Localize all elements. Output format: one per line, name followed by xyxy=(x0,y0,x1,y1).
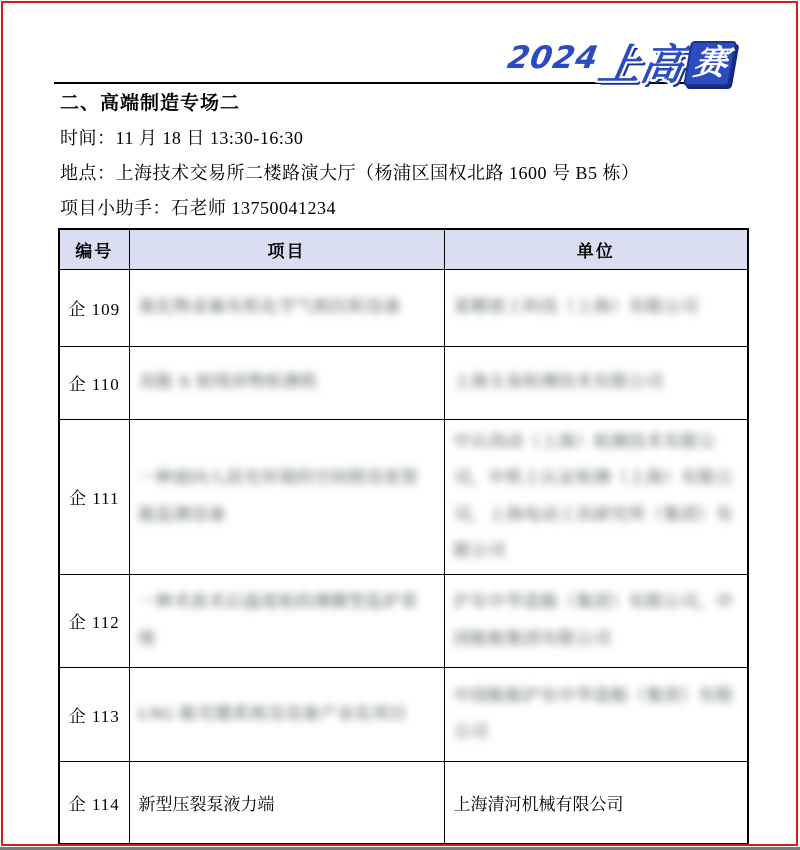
table-header-row: 编号 项目 单位 xyxy=(59,229,748,269)
column-header-unit: 单位 xyxy=(444,229,748,269)
logo-year-text: 2024 xyxy=(503,43,601,86)
row-id-cell: 企 110 xyxy=(59,346,129,419)
blurred-unit-text: 某精密工科技（上海）有限公司 xyxy=(454,289,699,326)
table-row: 企 111 一种面向人居光环境的空间照亮度智能监测设备 中认尚动（上海）检测技术… xyxy=(59,419,748,574)
blurred-unit-text: 中国船舶沪东中华造船（集团）有限公司 xyxy=(454,678,739,751)
section-heading: 二、高端制造专场二 xyxy=(60,88,240,115)
shanggaosai-logo: 2024 上高 赛 xyxy=(503,30,739,86)
unit-cell: 上海太易检测技术有限公司 xyxy=(444,346,748,419)
project-cell: 氮化物金属有机化学气相沉积设备 xyxy=(129,269,444,346)
logo-badge-text: 赛 xyxy=(683,41,737,86)
table-row: 企 109 氮化物金属有机化学气相沉积设备 某精密工科技（上海）有限公司 xyxy=(59,269,748,346)
blurred-unit-text: 上海太易检测技术有限公司 xyxy=(454,364,664,401)
table-row: 企 110 双能 X 射线异物检测机 上海太易检测技术有限公司 xyxy=(59,346,748,419)
blurred-unit-text: 中认尚动（上海）检测技术有限公司，中机上认证检测（上海）有限公司，上海电动工具研… xyxy=(454,424,739,570)
unit-cell: 沪东中华造船（集团）有限公司，中国船舶集团有限公司 xyxy=(444,574,748,667)
unit-cell: 中认尚动（上海）检测技术有限公司，中机上认证检测（上海）有限公司，上海电动工具研… xyxy=(444,419,748,574)
column-header-id: 编号 xyxy=(59,229,129,269)
blurred-project-text: 一种术前术后温度贴的薄膜型监护系统 xyxy=(139,584,435,657)
project-cell: 双能 X 射线异物检测机 xyxy=(129,346,444,419)
project-cell: 一种术前术后温度贴的薄膜型监护系统 xyxy=(129,574,444,667)
time-line: 时间：11 月 18 日 13:30-16:30 xyxy=(60,124,303,150)
blurred-unit-text: 沪东中华造船（集团）有限公司，中国船舶集团有限公司 xyxy=(454,584,739,657)
blurred-project-text: LNG 船光键系统及设备产业化项目 xyxy=(139,696,408,733)
column-header-project: 项目 xyxy=(129,229,444,269)
row-id-cell: 企 114 xyxy=(59,761,129,844)
unit-cell: 中国船舶沪东中华造船（集团）有限公司 xyxy=(444,667,748,761)
row-id-cell: 企 111 xyxy=(59,419,129,574)
table-row: 企 113 LNG 船光键系统及设备产业化项目 中国船舶沪东中华造船（集团）有限… xyxy=(59,667,748,761)
unit-cell: 上海清河机械有限公司 xyxy=(444,761,748,844)
assistant-line: 项目小助手：石老师 13750041234 xyxy=(60,194,336,220)
table-row: 企 112 一种术前术后温度贴的薄膜型监护系统 沪东中华造船（集团）有限公司，中… xyxy=(59,574,748,667)
project-cell: 一种面向人居光环境的空间照亮度智能监测设备 xyxy=(129,419,444,574)
logo-title-text: 上高 xyxy=(595,44,686,86)
blurred-project-text: 氮化物金属有机化学气相沉积设备 xyxy=(139,289,402,326)
row-id-cell: 企 113 xyxy=(59,667,129,761)
row-id-cell: 企 109 xyxy=(59,269,129,346)
table-row: 企 114 新型压裂泵液力端 上海清河机械有限公司 xyxy=(59,761,748,844)
project-cell: LNG 船光键系统及设备产业化项目 xyxy=(129,667,444,761)
blurred-project-text: 双能 X 射线异物检测机 xyxy=(139,364,319,401)
project-cell: 新型压裂泵液力端 xyxy=(129,761,444,844)
document-page: 2024 上高 赛 二、高端制造专场二 时间：11 月 18 日 13:30-1… xyxy=(0,0,800,850)
blurred-project-text: 一种面向人居光环境的空间照亮度智能监测设备 xyxy=(139,460,435,533)
unit-cell: 某精密工科技（上海）有限公司 xyxy=(444,269,748,346)
project-schedule-table: 编号 项目 单位 企 109 氮化物金属有机化学气相沉积设备 某精密工科技（上海… xyxy=(58,228,749,845)
location-line: 地点：上海技术交易所二楼路演大厅（杨浦区国权北路 1600 号 B5 栋） xyxy=(60,159,640,185)
row-id-cell: 企 112 xyxy=(59,574,129,667)
